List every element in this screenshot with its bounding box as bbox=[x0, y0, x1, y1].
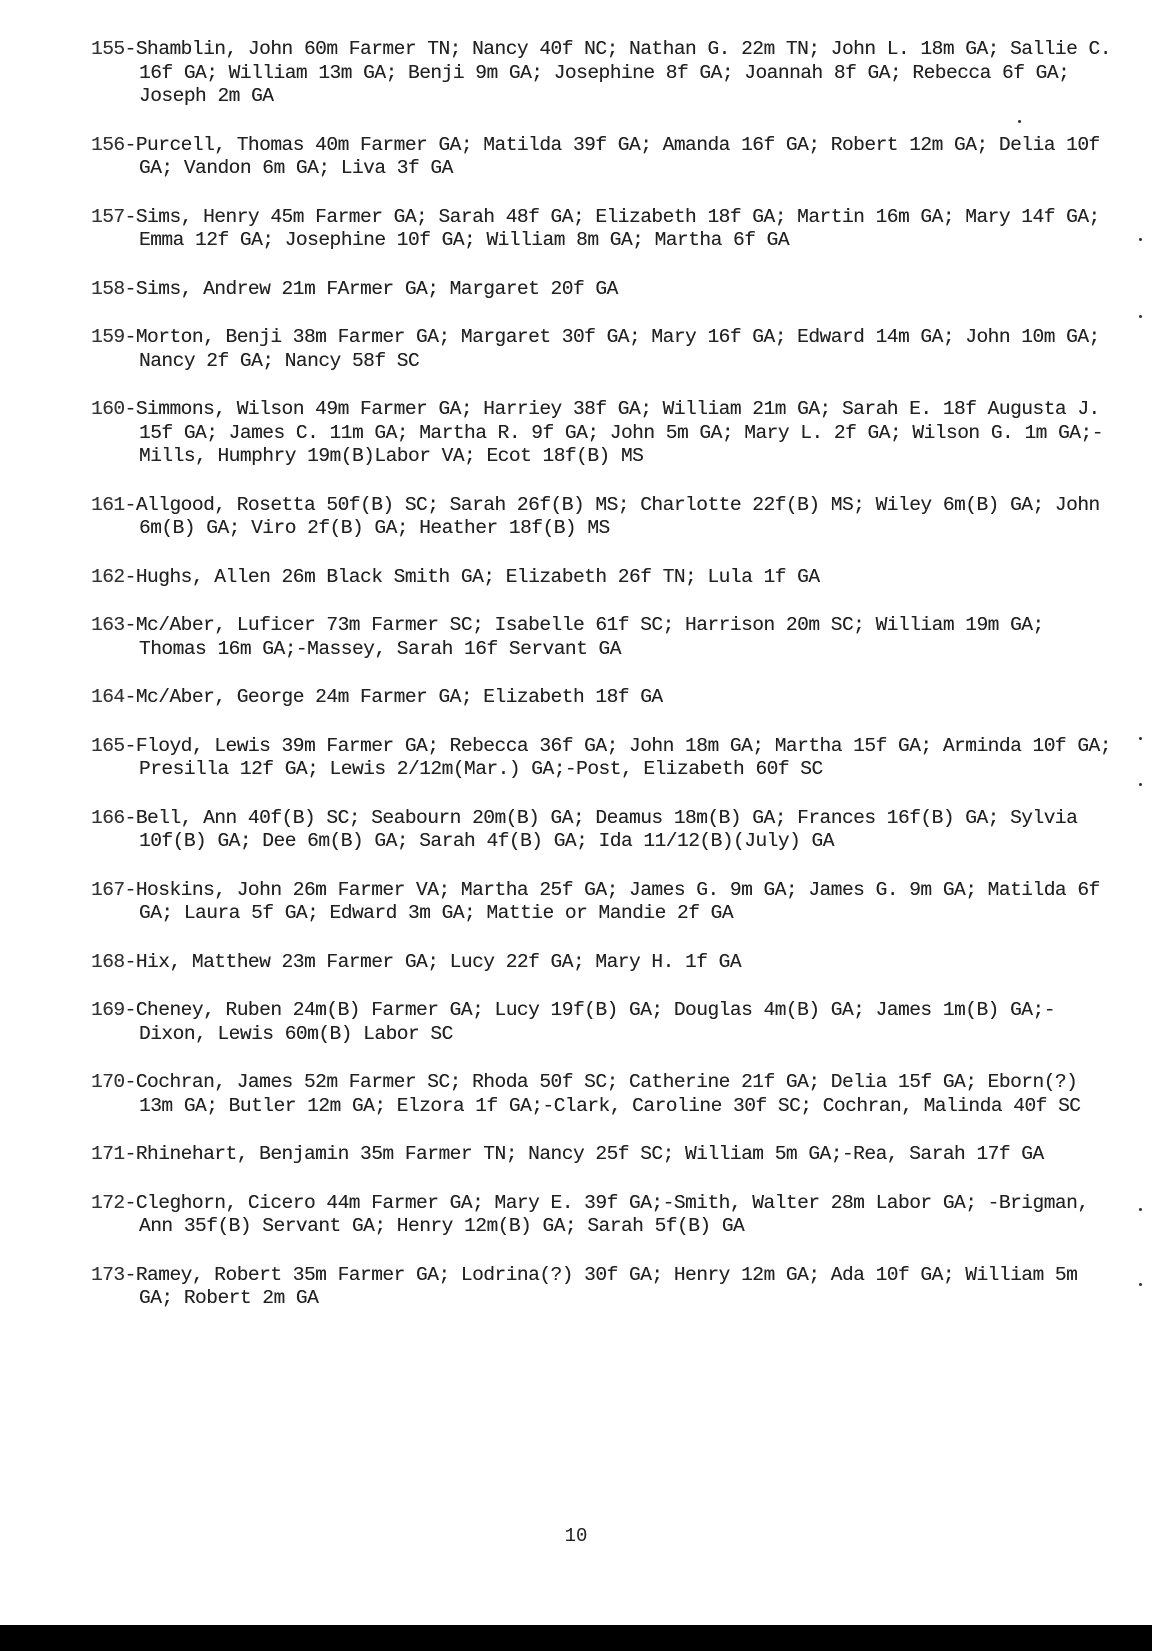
entry-number: 165 bbox=[91, 735, 125, 757]
entry-text: Ramey, Robert 35m Farmer GA; Lodrina(?) … bbox=[136, 1264, 1078, 1310]
scan-speck bbox=[1139, 783, 1142, 786]
census-entry: 167-Hoskins, John 26m Farmer VA; Martha … bbox=[91, 879, 1121, 926]
census-entry: 173-Ramey, Robert 35m Farmer GA; Lodrina… bbox=[91, 1264, 1121, 1311]
entry-text: Allgood, Rosetta 50f(B) SC; Sarah 26f(B)… bbox=[136, 494, 1100, 540]
census-entry: 158-Sims, Andrew 21m FArmer GA; Margaret… bbox=[91, 278, 1121, 302]
entry-number: 168 bbox=[91, 951, 125, 973]
entry-text: Rhinehart, Benjamin 35m Farmer TN; Nancy… bbox=[136, 1143, 1044, 1165]
census-entry: 170-Cochran, James 52m Farmer SC; Rhoda … bbox=[91, 1071, 1121, 1118]
census-entry: 163-Mc/Aber, Luficer 73m Farmer SC; Isab… bbox=[91, 614, 1121, 661]
entry-number: 163 bbox=[91, 614, 125, 636]
entry-text: Hix, Matthew 23m Farmer GA; Lucy 22f GA;… bbox=[136, 951, 741, 973]
entry-number: 155 bbox=[91, 38, 125, 60]
census-entries-list: 155-Shamblin, John 60m Farmer TN; Nancy … bbox=[91, 38, 1121, 1336]
scan-speck bbox=[1139, 737, 1142, 740]
census-entry: 162-Hughs, Allen 26m Black Smith GA; Eli… bbox=[91, 566, 1121, 590]
census-entry: 166-Bell, Ann 40f(B) SC; Seabourn 20m(B)… bbox=[91, 807, 1121, 854]
census-entry: 161-Allgood, Rosetta 50f(B) SC; Sarah 26… bbox=[91, 494, 1121, 541]
entry-number: 160 bbox=[91, 398, 125, 420]
census-entry: 156-Purcell, Thomas 40m Farmer GA; Matil… bbox=[91, 134, 1121, 181]
census-entry: 155-Shamblin, John 60m Farmer TN; Nancy … bbox=[91, 38, 1121, 109]
entry-number: 157 bbox=[91, 206, 125, 228]
entry-text: Morton, Benji 38m Farmer GA; Margaret 30… bbox=[136, 326, 1100, 372]
entry-text: Mc/Aber, Luficer 73m Farmer SC; Isabelle… bbox=[136, 614, 1044, 660]
entry-number: 164 bbox=[91, 686, 125, 708]
entry-text: Sims, Andrew 21m FArmer GA; Margaret 20f… bbox=[136, 278, 618, 300]
census-entry: 165-Floyd, Lewis 39m Farmer GA; Rebecca … bbox=[91, 735, 1121, 782]
scan-speck bbox=[1139, 1208, 1142, 1211]
entry-text: Cleghorn, Cicero 44m Farmer GA; Mary E. … bbox=[136, 1192, 1089, 1238]
entry-number: 156 bbox=[91, 134, 125, 156]
scan-speck bbox=[1139, 238, 1142, 241]
census-entry: 160-Simmons, Wilson 49m Farmer GA; Harri… bbox=[91, 398, 1121, 469]
entry-number: 161 bbox=[91, 494, 125, 516]
entry-text: Cheney, Ruben 24m(B) Farmer GA; Lucy 19f… bbox=[136, 999, 1055, 1045]
scan-speck bbox=[1139, 1283, 1142, 1286]
entry-number: 170 bbox=[91, 1071, 125, 1093]
entry-number: 167 bbox=[91, 879, 125, 901]
entry-text: Hoskins, John 26m Farmer VA; Martha 25f … bbox=[136, 879, 1100, 925]
census-entry: 172-Cleghorn, Cicero 44m Farmer GA; Mary… bbox=[91, 1192, 1121, 1239]
page-number: 10 bbox=[0, 1525, 1152, 1547]
entry-number: 162 bbox=[91, 566, 125, 588]
census-entry: 159-Morton, Benji 38m Farmer GA; Margare… bbox=[91, 326, 1121, 373]
entry-text: Cochran, James 52m Farmer SC; Rhoda 50f … bbox=[136, 1071, 1081, 1117]
entry-text: Bell, Ann 40f(B) SC; Seabourn 20m(B) GA;… bbox=[136, 807, 1078, 853]
entry-text: Shamblin, John 60m Farmer TN; Nancy 40f … bbox=[136, 38, 1111, 107]
document-page: 155-Shamblin, John 60m Farmer TN; Nancy … bbox=[0, 0, 1152, 1651]
entry-text: Purcell, Thomas 40m Farmer GA; Matilda 3… bbox=[136, 134, 1100, 180]
entry-number: 169 bbox=[91, 999, 125, 1021]
entry-text: Floyd, Lewis 39m Farmer GA; Rebecca 36f … bbox=[136, 735, 1111, 781]
census-entry: 157-Sims, Henry 45m Farmer GA; Sarah 48f… bbox=[91, 206, 1121, 253]
entry-number: 158 bbox=[91, 278, 125, 300]
entry-text: Simmons, Wilson 49m Farmer GA; Harriey 3… bbox=[136, 398, 1103, 467]
scan-speck bbox=[1139, 315, 1142, 318]
scan-bottom-border bbox=[0, 1625, 1152, 1651]
entry-number: 159 bbox=[91, 326, 125, 348]
entry-number: 171 bbox=[91, 1143, 125, 1165]
scan-speck bbox=[1018, 120, 1021, 123]
entry-text: Hughs, Allen 26m Black Smith GA; Elizabe… bbox=[136, 566, 820, 588]
entry-number: 172 bbox=[91, 1192, 125, 1214]
entry-text: Sims, Henry 45m Farmer GA; Sarah 48f GA;… bbox=[136, 206, 1100, 252]
census-entry: 171-Rhinehart, Benjamin 35m Farmer TN; N… bbox=[91, 1143, 1121, 1167]
census-entry: 164-Mc/Aber, George 24m Farmer GA; Eliza… bbox=[91, 686, 1121, 710]
census-entry: 169-Cheney, Ruben 24m(B) Farmer GA; Lucy… bbox=[91, 999, 1121, 1046]
census-entry: 168-Hix, Matthew 23m Farmer GA; Lucy 22f… bbox=[91, 951, 1121, 975]
entry-text: Mc/Aber, George 24m Farmer GA; Elizabeth… bbox=[136, 686, 663, 708]
entry-number: 173 bbox=[91, 1264, 125, 1286]
entry-number: 166 bbox=[91, 807, 125, 829]
